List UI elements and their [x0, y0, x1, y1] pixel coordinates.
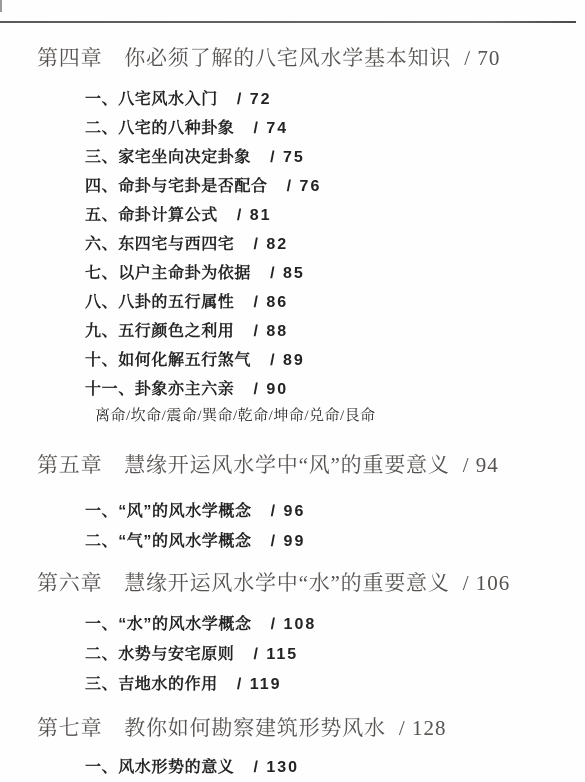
toc-item-list: 一、风水形势的意义 / 130: [85, 753, 585, 782]
toc-item: 三、家宅坐向决定卦象 / 75: [85, 143, 585, 172]
chapter-page-number: / 70: [464, 46, 500, 70]
toc-item: 二、八宅的八种卦象 / 74: [85, 114, 585, 143]
toc-item-list: 一、八宅风水入门 / 72 二、八宅的八种卦象 / 74 三、家宅坐向决定卦象 …: [85, 85, 585, 404]
toc-item: 八、八卦的五行属性 / 86: [85, 288, 585, 317]
chapter-heading: 第七章 教你如何勘察建筑形势风水 / 128: [37, 714, 585, 742]
toc-item-page: / 76: [287, 178, 322, 195]
toc-item: 一、八宅风水入门 / 72: [85, 85, 585, 114]
chapter-title: 第七章 教你如何勘察建筑形势风水: [37, 716, 386, 740]
toc-item-list: 一、“风”的风水学概念 / 96 二、“气”的风水学概念 / 99: [85, 497, 585, 557]
chapter-title: 第六章 慧缘开运风水学中“水”的重要意义: [37, 571, 450, 595]
toc-item: 七、以户主命卦为依据 / 85: [85, 259, 585, 288]
toc-item-label: 二、八宅的八种卦象: [85, 120, 234, 137]
toc-item-label: 十一、卦象亦主六亲: [85, 381, 234, 398]
toc-item-label: 七、以户主命卦为依据: [85, 265, 251, 282]
toc-item-page: / 119: [237, 676, 282, 693]
chapter-page-number: / 128: [399, 716, 447, 740]
toc-item-page: / 130: [253, 759, 299, 776]
chapter-section: 第七章 教你如何勘察建筑形势风水 / 128 一、风水形势的意义 / 130: [0, 714, 585, 782]
toc-item-page: / 74: [253, 120, 288, 137]
toc-item-label: 八、八卦的五行属性: [85, 294, 234, 311]
toc-item-page: / 81: [237, 207, 272, 224]
chapter-title: 第四章 你必须了解的八宅风水学基本知识: [37, 46, 451, 70]
toc-item-label: 二、“气”的风水学概念: [85, 533, 252, 550]
toc-item: 十一、卦象亦主六亲 / 90: [85, 375, 585, 404]
chapter-note: 离命/坎命/震命/巽命/乾命/坤命/兑命/艮命: [95, 405, 585, 427]
page-edge-tick: [0, 0, 2, 12]
toc-item-label: 九、五行颜色之利用: [85, 323, 234, 340]
toc-item-label: 三、吉地水的作用: [85, 676, 218, 693]
toc-content: 第四章 你必须了解的八宅风水学基本知识 / 70 一、八宅风水入门 / 72 二…: [0, 44, 585, 782]
chapter-title: 第五章 慧缘开运风水学中“风”的重要意义: [37, 453, 450, 477]
toc-item-label: 四、命卦与宅卦是否配合: [85, 178, 268, 195]
toc-item: 三、吉地水的作用 / 119: [85, 670, 585, 700]
toc-item-list: 一、“水”的风水学概念 / 108 二、水势与安宅原则 / 115 三、吉地水的…: [85, 610, 585, 700]
toc-item-label: 一、“风”的风水学概念: [85, 503, 252, 520]
toc-item: 二、“气”的风水学概念 / 99: [85, 527, 585, 557]
toc-item: 一、风水形势的意义 / 130: [85, 753, 585, 782]
toc-item-label: 六、东四宅与西四宅: [85, 236, 234, 253]
toc-item: 九、五行颜色之利用 / 88: [85, 317, 585, 346]
chapter-section: 第五章 慧缘开运风水学中“风”的重要意义 / 94 一、“风”的风水学概念 / …: [0, 451, 585, 557]
toc-item-page: / 86: [253, 294, 288, 311]
book-toc-page: 第四章 你必须了解的八宅风水学基本知识 / 70 一、八宅风水入门 / 72 二…: [0, 0, 585, 782]
toc-item-label: 三、家宅坐向决定卦象: [85, 149, 251, 166]
toc-item-page: / 115: [253, 646, 298, 663]
chapter-section: 第四章 你必须了解的八宅风水学基本知识 / 70 一、八宅风水入门 / 72 二…: [0, 44, 585, 427]
toc-item: 四、命卦与宅卦是否配合 / 76: [85, 172, 585, 201]
toc-item-page: / 108: [271, 616, 317, 633]
toc-item-page: / 85: [270, 265, 305, 282]
toc-item-page: / 99: [271, 533, 306, 550]
toc-item: 二、水势与安宅原则 / 115: [85, 640, 585, 670]
toc-item: 十、如何化解五行煞气 / 89: [85, 346, 585, 375]
toc-item-label: 十、如何化解五行煞气: [85, 352, 251, 369]
toc-item: 一、“水”的风水学概念 / 108: [85, 610, 585, 640]
chapter-page-number: / 106: [463, 571, 511, 595]
toc-item-label: 五、命卦计算公式: [85, 207, 218, 224]
toc-item: 五、命卦计算公式 / 81: [85, 201, 585, 230]
toc-item-page: / 89: [270, 352, 305, 369]
toc-item: 六、东四宅与西四宅 / 82: [85, 230, 585, 259]
chapter-section: 第六章 慧缘开运风水学中“水”的重要意义 / 106 一、“水”的风水学概念 /…: [0, 569, 585, 700]
toc-item-page: / 82: [253, 236, 288, 253]
chapter-page-number: / 94: [463, 453, 499, 477]
toc-item-page: / 96: [271, 503, 306, 520]
toc-item-label: 一、“水”的风水学概念: [85, 616, 252, 633]
toc-item-label: 二、水势与安宅原则: [85, 646, 234, 663]
toc-item: 一、“风”的风水学概念 / 96: [85, 497, 585, 527]
toc-item-page: / 75: [270, 149, 305, 166]
toc-item-label: 一、八宅风水入门: [85, 91, 218, 108]
chapter-heading: 第六章 慧缘开运风水学中“水”的重要意义 / 106: [37, 569, 585, 597]
toc-item-page: / 90: [253, 381, 288, 398]
toc-item-page: / 88: [253, 323, 288, 340]
chapter-heading: 第四章 你必须了解的八宅风水学基本知识 / 70: [37, 44, 585, 72]
chapter-heading: 第五章 慧缘开运风水学中“风”的重要意义 / 94: [37, 451, 585, 479]
toc-item-page: / 72: [237, 91, 272, 108]
top-rule-divider: [0, 21, 576, 23]
toc-item-label: 一、风水形势的意义: [85, 759, 234, 776]
